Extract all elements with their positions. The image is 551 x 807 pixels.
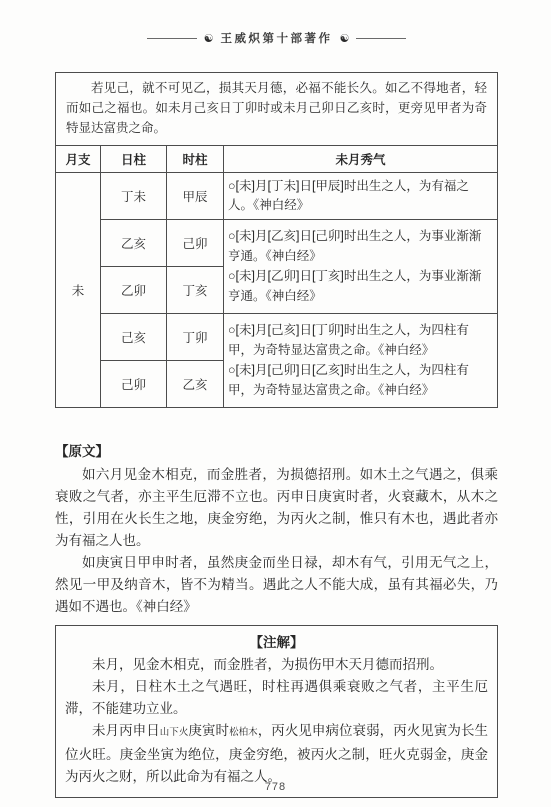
- original-section-heading: 【原文】: [55, 440, 498, 460]
- table-row: 乙亥 己卯 ○[未]月[乙亥]日[己卯]时出生之人，为事业渐渐亨通。《神白经》 …: [56, 220, 498, 267]
- original-paragraph: 如六月见金木相克，而金胜者，为损德招刑。如木土之气遇之，俱乘衰败之气者，亦主平生…: [55, 464, 498, 552]
- col-header-hour-pillar: 时柱: [167, 146, 224, 173]
- hour-pillar-cell: 己卯: [167, 220, 224, 267]
- month-branch-cell: 未: [56, 173, 101, 408]
- annotation-section-heading: 【注解】: [65, 631, 488, 651]
- annotation-box: 【注解】 未月，见金木相克，而金胜者，为损伤甲木天月德而招刑。 未月，日柱木土之…: [55, 625, 498, 798]
- note-cell: ○[未]月[己亥]日[丁卯]时出生之人，为四柱有甲，为奇特显达富贵之命。《神白经…: [224, 314, 498, 408]
- annotation-paragraph: 未月，日柱木土之气遇旺，时柱再遇俱乘衰败之气者，主平生厄滞，不能建功立业。: [65, 676, 488, 720]
- annotation-text-segment: 庚寅时: [188, 723, 229, 738]
- right-rule-divider: [356, 38, 406, 39]
- note-entry: ○[未]月[己卯]日[乙亥]时出生之人，为四柱有甲，为奇特显达富贵之命。《神白经…: [228, 361, 493, 400]
- col-header-month-branch: 月支: [56, 146, 101, 173]
- note-entry: ○[未]月[乙亥]日[己卯]时出生之人，为事业渐渐亨通。《神白经》: [228, 227, 493, 266]
- note-entry: ○[未]月[丁未]日[甲辰]时出生之人，为有福之人。《神白经》: [228, 177, 493, 216]
- hour-pillar-cell: 甲辰: [167, 173, 224, 220]
- note-cell: ○[未]月[丁未]日[甲辰]时出生之人，为有福之人。《神白经》: [224, 173, 498, 220]
- running-head-title: 王威炽第十部著作: [221, 30, 333, 46]
- xiuqi-table: 月支 日柱 时柱 未月秀气 未 丁未 甲辰 ○[未]月[丁未]日[甲辰]时出生之…: [55, 145, 498, 408]
- table-row: 己亥 丁卯 ○[未]月[己亥]日[丁卯]时出生之人，为四柱有甲，为奇特显达富贵之…: [56, 314, 498, 361]
- hour-pillar-cell: 丁卯: [167, 314, 224, 361]
- original-paragraph: 如庚寅日甲申时者，虽然庚金而坐日禄，却木有气，引用无气之上，然见一甲及纳音木，皆…: [55, 552, 498, 618]
- annotation-paragraph: 未月丙申日山下火庚寅时松柏木，丙火见申病位衰弱，丙火见寅为长生位火旺。庚金坐寅为…: [65, 720, 488, 788]
- left-rule-divider: [147, 38, 197, 39]
- note-entry: ○[未]月[己亥]日[丁卯]时出生之人，为四柱有甲，为奇特显达富贵之命。《神白经…: [228, 321, 493, 360]
- intro-paragraph: 若见己，就不可见乙，损其天月德，必福不能长久。如乙不得地者，轻而如己之福也。如未…: [66, 81, 487, 135]
- col-header-day-pillar: 日柱: [101, 146, 167, 173]
- col-header-xiuqi: 未月秀气: [224, 146, 498, 173]
- annotation-paragraph: 未月，见金木相克，而金胜者，为损伤甲木天月德而招刑。: [65, 654, 488, 676]
- hour-pillar-cell: 丁亥: [167, 267, 224, 314]
- day-pillar-cell: 乙卯: [101, 267, 167, 314]
- day-pillar-cell: 己卯: [101, 361, 167, 408]
- hour-pillar-cell: 乙亥: [167, 361, 224, 408]
- nayin-annotation: 山下火: [160, 727, 189, 738]
- note-entry: ○[未]月[乙卯]日[丁亥]时出生之人，为事业渐渐亨通。《神白经》: [228, 267, 493, 306]
- page-number: 778: [0, 781, 551, 793]
- annotation-text-segment: 未月丙申日: [92, 723, 160, 738]
- intro-paragraph-box: 若见己，就不可见乙，损其天月德，必福不能长久。如乙不得地者，轻而如己之福也。如未…: [55, 72, 498, 145]
- day-pillar-cell: 丁未: [101, 173, 167, 220]
- table-header-row: 月支 日柱 时柱 未月秀气: [56, 146, 498, 173]
- table-row: 未 丁未 甲辰 ○[未]月[丁未]日[甲辰]时出生之人，为有福之人。《神白经》: [56, 173, 498, 220]
- yinyang-right-icon: ☯: [340, 32, 350, 45]
- book-page: ☯ 王威炽第十部著作 ☯ 若见己，就不可见乙，损其天月德，必福不能长久。如乙不得…: [0, 0, 551, 807]
- nayin-annotation: 松柏木: [229, 727, 258, 738]
- running-head: ☯ 王威炽第十部著作 ☯: [55, 30, 498, 46]
- day-pillar-cell: 乙亥: [101, 220, 167, 267]
- note-cell: ○[未]月[乙亥]日[己卯]时出生之人，为事业渐渐亨通。《神白经》 ○[未]月[…: [224, 220, 498, 314]
- yinyang-left-icon: ☯: [204, 32, 214, 45]
- day-pillar-cell: 己亥: [101, 314, 167, 361]
